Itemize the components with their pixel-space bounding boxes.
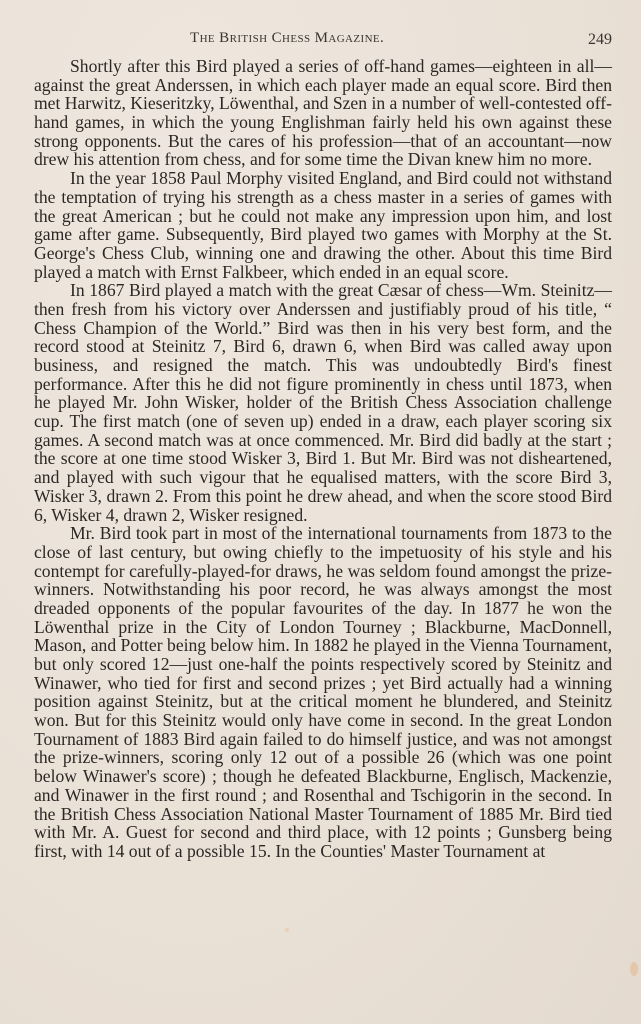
magazine-title: The British Chess Magazine. (190, 30, 384, 47)
running-header: The British Chess Magazine. 249 (0, 26, 641, 48)
paper-stain (285, 928, 289, 932)
page-number: 249 (588, 31, 612, 49)
paragraph-tournaments: Mr. Bird took part in most of the intern… (34, 524, 612, 860)
paragraph-anderssen: Shortly after this Bird played a series … (34, 57, 612, 169)
paragraph-morphy: In the year 1858 Paul Morphy visited Eng… (34, 169, 612, 281)
paper-stain (630, 962, 638, 976)
article-body: Shortly after this Bird played a series … (34, 57, 612, 861)
document-page: The British Chess Magazine. 249 Shortly … (0, 0, 641, 1024)
paragraph-steinitz-wisker: In 1867 Bird played a match with the gre… (34, 281, 612, 524)
